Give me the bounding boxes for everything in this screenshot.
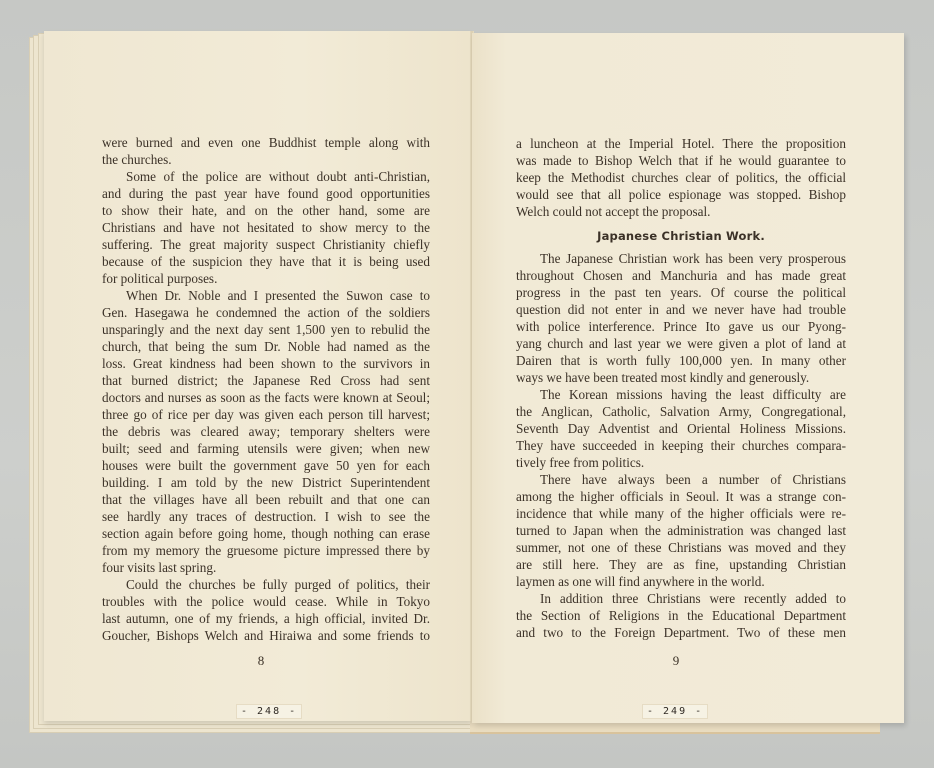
- section-heading: Japanese Christian Work.: [516, 228, 846, 245]
- text-line: among the higher officials in Seoul. It …: [516, 488, 846, 505]
- text-line: because of the suspicion they have that …: [102, 253, 430, 270]
- text-line: throughout Chosen and Manchuria and has …: [516, 267, 846, 284]
- text-line: with police interference. Prince Ito gav…: [516, 318, 846, 335]
- text-line: last autumn, one of my friends, a high o…: [102, 610, 430, 627]
- text-line: from my memory the gruesome picture impr…: [102, 542, 430, 559]
- text-line: Gen. Hasegawa he condemned the action of…: [102, 304, 430, 321]
- text-line: see hardly any traces of destruction. I …: [102, 508, 430, 525]
- text-line: for political purposes.: [102, 270, 430, 287]
- text-line: question did not enter in and we never h…: [516, 301, 846, 318]
- text-line: section again before going home, though …: [102, 525, 430, 542]
- archive-page-stamp: - 248 -: [236, 704, 302, 719]
- text-line: houses were built the government gave 50…: [102, 457, 430, 474]
- right-page-body: a luncheon at the Imperial Hotel. There …: [516, 135, 846, 641]
- text-line: There have always been a number of Chris…: [516, 471, 846, 488]
- text-line: progress in the past ten years. Of cours…: [516, 284, 846, 301]
- text-line: the churches.: [102, 151, 430, 168]
- left-page-body: were burned and even one Buddhist temple…: [102, 134, 430, 644]
- text-line: would see that all police espionage was …: [516, 186, 846, 203]
- text-line: laymen as one will find anywhere in the …: [516, 573, 846, 590]
- text-line: are still here. They are as fine, upstan…: [516, 556, 846, 573]
- text-line: church, that being the sum Dr. Noble had…: [102, 338, 430, 355]
- text-line: keep the Methodist churches clear of pol…: [516, 169, 846, 186]
- text-line: ways we have been treated most kindly an…: [516, 369, 846, 386]
- page-number: 8: [241, 653, 281, 669]
- text-line: doctors and nurses as soon as the facts …: [102, 389, 430, 406]
- text-line: the debris was cleared away; temporary s…: [102, 423, 430, 440]
- text-line: built; seed and farming utensils were gi…: [102, 440, 430, 457]
- text-line: The Japanese Christian work has been ver…: [516, 250, 846, 267]
- text-line: loss. Great kindness had been shown to t…: [102, 355, 430, 372]
- text-line: was made to Bishop Welch that if he woul…: [516, 152, 846, 169]
- text-line: Christians and have not hesitated to sho…: [102, 219, 430, 236]
- text-line: and during the past year have found good…: [102, 185, 430, 202]
- text-line: summer, not one of these Christians was …: [516, 539, 846, 556]
- archive-page-stamp: - 249 -: [642, 704, 708, 719]
- text-line: four visits last spring.: [102, 559, 430, 576]
- text-line: and two to the Foreign Department. Two o…: [516, 624, 846, 641]
- text-line: Seventh Day Adventist and Oriental Holin…: [516, 420, 846, 437]
- text-line: The Korean missions having the least dif…: [516, 386, 846, 403]
- text-line: three go of rice per day was given each …: [102, 406, 430, 423]
- text-line: troubles with the police would cease. Wh…: [102, 593, 430, 610]
- text-line: In addition three Christians were recent…: [516, 590, 846, 607]
- text-line: that burned district; the Japanese Red C…: [102, 372, 430, 389]
- text-line: yang church and last year we were given …: [516, 335, 846, 352]
- left-page: were burned and even one Buddhist temple…: [44, 31, 472, 721]
- text-line: Goucher, Bishops Welch and Hiraiwa and s…: [102, 627, 430, 644]
- text-line: Welch could not accept the proposal.: [516, 203, 846, 220]
- text-line: tively free from politics.: [516, 454, 846, 471]
- text-line: They have succeeded in keeping their chu…: [516, 437, 846, 454]
- text-line: Some of the police are without doubt ant…: [102, 168, 430, 185]
- text-line: When Dr. Noble and I presented the Suwon…: [102, 287, 430, 304]
- text-line: the Section of Religions in the Educatio…: [516, 607, 846, 624]
- text-line: to show their hate, and on the other han…: [102, 202, 430, 219]
- text-line: that the villages have all been rebuilt …: [102, 491, 430, 508]
- text-line: building. I am told by the new District …: [102, 474, 430, 491]
- page-number: 9: [656, 653, 696, 669]
- text-line: a luncheon at the Imperial Hotel. There …: [516, 135, 846, 152]
- text-line: turned to Japan when the administration …: [516, 522, 846, 539]
- text-line: unsparingly and the next day sent 1,500 …: [102, 321, 430, 338]
- text-line: suffering. The great majority suspect Ch…: [102, 236, 430, 253]
- right-page: a luncheon at the Imperial Hotel. There …: [472, 33, 904, 723]
- text-line: incidence that while many of the higher …: [516, 505, 846, 522]
- text-line: Could the churches be fully purged of po…: [102, 576, 430, 593]
- text-line: were burned and even one Buddhist temple…: [102, 134, 430, 151]
- text-line: the Anglican, Catholic, Salvation Army, …: [516, 403, 846, 420]
- text-line: Dairen that is worth fully 100,000 yen. …: [516, 352, 846, 369]
